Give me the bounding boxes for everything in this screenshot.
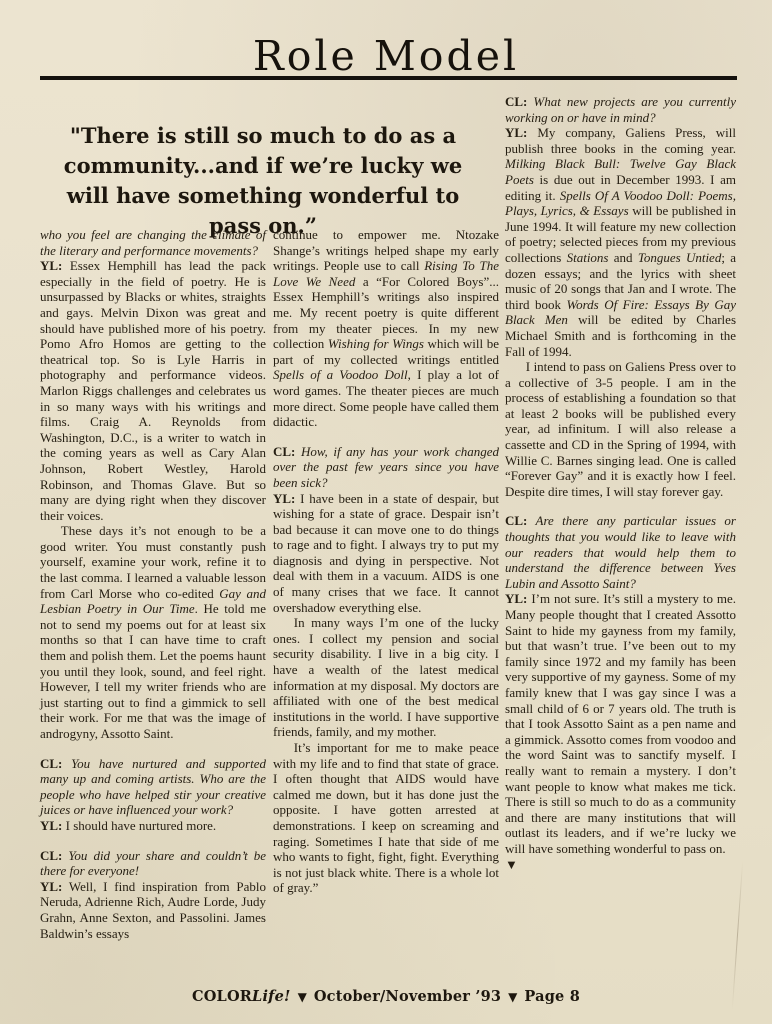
text-segment: YL: <box>40 258 62 273</box>
paragraph: YL: I should have nurtured more. <box>40 818 266 834</box>
text-segment: Life! <box>252 988 291 1005</box>
text-segment: Tongues Untied <box>638 250 722 265</box>
article-column-1: who you feel are changing the climate of… <box>40 227 266 941</box>
text-segment: YL: <box>273 491 295 506</box>
text-segment: Stations <box>567 250 609 265</box>
magazine-page: Role Model "There is still so much to do… <box>0 0 772 1024</box>
paragraph: YL: Well, I find inspiration from Pablo … <box>40 879 266 941</box>
text-segment: You have nurtured and supported many up … <box>40 756 266 818</box>
text-segment: Are there any particular issues or thoug… <box>505 513 736 590</box>
article-column-3: CL: What new projects are you currently … <box>505 94 736 872</box>
paragraph: YL: Essex Hemphill has lead the pack esp… <box>40 258 266 523</box>
text-segment: CL: <box>505 94 527 109</box>
text-segment: I should have nurtured more. <box>62 818 216 833</box>
text-segment: who you feel are changing the climate of… <box>40 227 266 258</box>
paragraph: YL: I’m not sure. It’s still a mystery t… <box>505 591 736 856</box>
text-segment: CL: <box>273 444 295 459</box>
paragraph: These days it’s not enough to be a good … <box>40 523 266 741</box>
text-segment: CL: <box>505 513 527 528</box>
pull-quote: "There is still so much to do as a commu… <box>52 121 474 241</box>
text-segment: CL: <box>40 848 62 863</box>
text-segment: YL: <box>40 818 62 833</box>
paragraph: CL: How, if any has your work changed ov… <box>273 444 499 491</box>
paragraph: CL: You did your share and couldn’t be t… <box>40 848 266 879</box>
text-segment: CL: <box>40 756 62 771</box>
text-segment: October/November ’93 <box>314 988 501 1005</box>
text-segment: What new projects are you currently work… <box>505 94 736 125</box>
paragraph: CL: What new projects are you currently … <box>505 94 736 125</box>
paragraph: CL: Are there any particular issues or t… <box>505 513 736 591</box>
paragraph: It’s important for me to make peace with… <box>273 740 499 896</box>
text-segment: It’s important for me to make peace with… <box>273 740 499 895</box>
paragraph: In many ways I’m one of the lucky ones. … <box>273 615 499 740</box>
triangle-icon: ▼ <box>505 857 518 872</box>
text-segment: Well, I find inspiration from Pablo Neru… <box>40 879 266 941</box>
paragraph: who you feel are changing the climate of… <box>40 227 266 258</box>
paragraph: continue to empower me. Ntozake Shange’s… <box>273 227 499 430</box>
text-segment: Page 8 <box>524 988 580 1005</box>
triangle-icon: ▼ <box>508 990 517 1004</box>
text-segment: You did your share and couldn’t be there… <box>40 848 266 879</box>
text-segment: I intend to pass on Galiens Press over t… <box>505 359 736 499</box>
paragraph: CL: You have nurtured and supported many… <box>40 756 266 818</box>
text-segment: I have been in a state of despair, but w… <box>273 491 499 615</box>
text-segment: YL: <box>505 125 527 140</box>
paragraph: YL: I have been in a state of despair, b… <box>273 491 499 616</box>
triangle-icon: ▼ <box>298 990 307 1004</box>
article-column-2: continue to empower me. Ntozake Shange’s… <box>273 227 499 896</box>
text-segment: YL: <box>505 591 527 606</box>
text-segment: Wishing for Wings <box>328 336 424 351</box>
paragraph: I intend to pass on Galiens Press over t… <box>505 359 736 499</box>
paragraph: YL: My company, Galiens Press, will publ… <box>505 125 736 359</box>
page-title: Role Model <box>0 33 772 79</box>
text-segment: Spells of a Voodoo Doll <box>273 367 408 382</box>
text-segment: In many ways I’m one of the lucky ones. … <box>273 615 499 739</box>
paragraph: ▼ <box>505 857 736 873</box>
text-segment: How, if any has your work changed over t… <box>273 444 499 490</box>
text-segment: . He told me not to send my poems out fo… <box>40 601 266 741</box>
text-segment: I’m not sure. It’s still a mystery to me… <box>505 591 736 856</box>
text-segment: Essex Hemphill has lead the pack especia… <box>40 258 266 523</box>
text-segment: My company, Galiens Press, will publish … <box>505 125 736 156</box>
page-footer: COLORLife!▼October/November ’93▼Page 8 <box>0 988 772 1005</box>
text-segment: YL: <box>40 879 62 894</box>
text-segment: COLOR <box>192 988 252 1005</box>
text-segment: and <box>609 250 638 265</box>
